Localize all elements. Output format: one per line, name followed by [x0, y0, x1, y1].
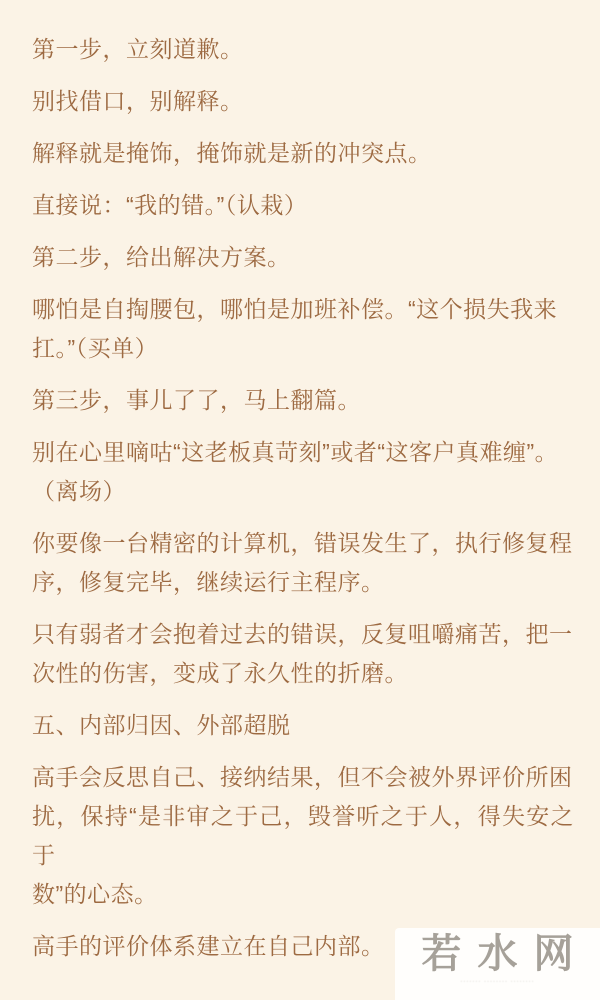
- paragraph: 你要像一台精密的计算机，错误发生了，执行修复程 序，修复完毕，继续运行主程序。: [32, 524, 574, 602]
- watermark-subtext: ······· ········ ········: [460, 978, 534, 986]
- paragraph: 解释就是掩饰，掩饰就是新的冲突点。: [32, 134, 574, 173]
- watermark-logo-text: 若水网: [422, 932, 590, 976]
- paragraph: 只有弱者才会抱着过去的错误，反复咀嚼痛苦，把一 次性的伤害，变成了永久性的折磨。: [32, 615, 574, 693]
- paragraph: 别在心里嘀咕“这老板真苛刻”或者“这客户真难缠”。 （离场）: [32, 433, 574, 511]
- paragraph: 哪怕是自掏腰包，哪怕是加班补偿。“这个损失我来 扛。”（买单）: [32, 290, 574, 368]
- article-body: 第一步，立刻道歉。 别找借口，别解释。 解释就是掩饰，掩饰就是新的冲突点。 直接…: [0, 0, 600, 966]
- paragraph: 第一步，立刻道歉。: [32, 30, 574, 69]
- section-heading: 五、内部归因、外部超脱: [32, 706, 574, 745]
- paragraph: 第三步，事儿了了，马上翻篇。: [32, 381, 574, 420]
- watermark: 若水网 ······· ········ ········: [395, 928, 600, 1000]
- paragraph: 第二步，给出解决方案。: [32, 238, 574, 277]
- paragraph: 直接说：“我的错。”（认栽）: [32, 186, 574, 225]
- paragraph: 高手会反思自己、接纳结果，但不会被外界评价所困 扰，保持“是非审之于己，毁誉听之…: [32, 758, 574, 914]
- paragraph: 别找借口，别解释。: [32, 82, 574, 121]
